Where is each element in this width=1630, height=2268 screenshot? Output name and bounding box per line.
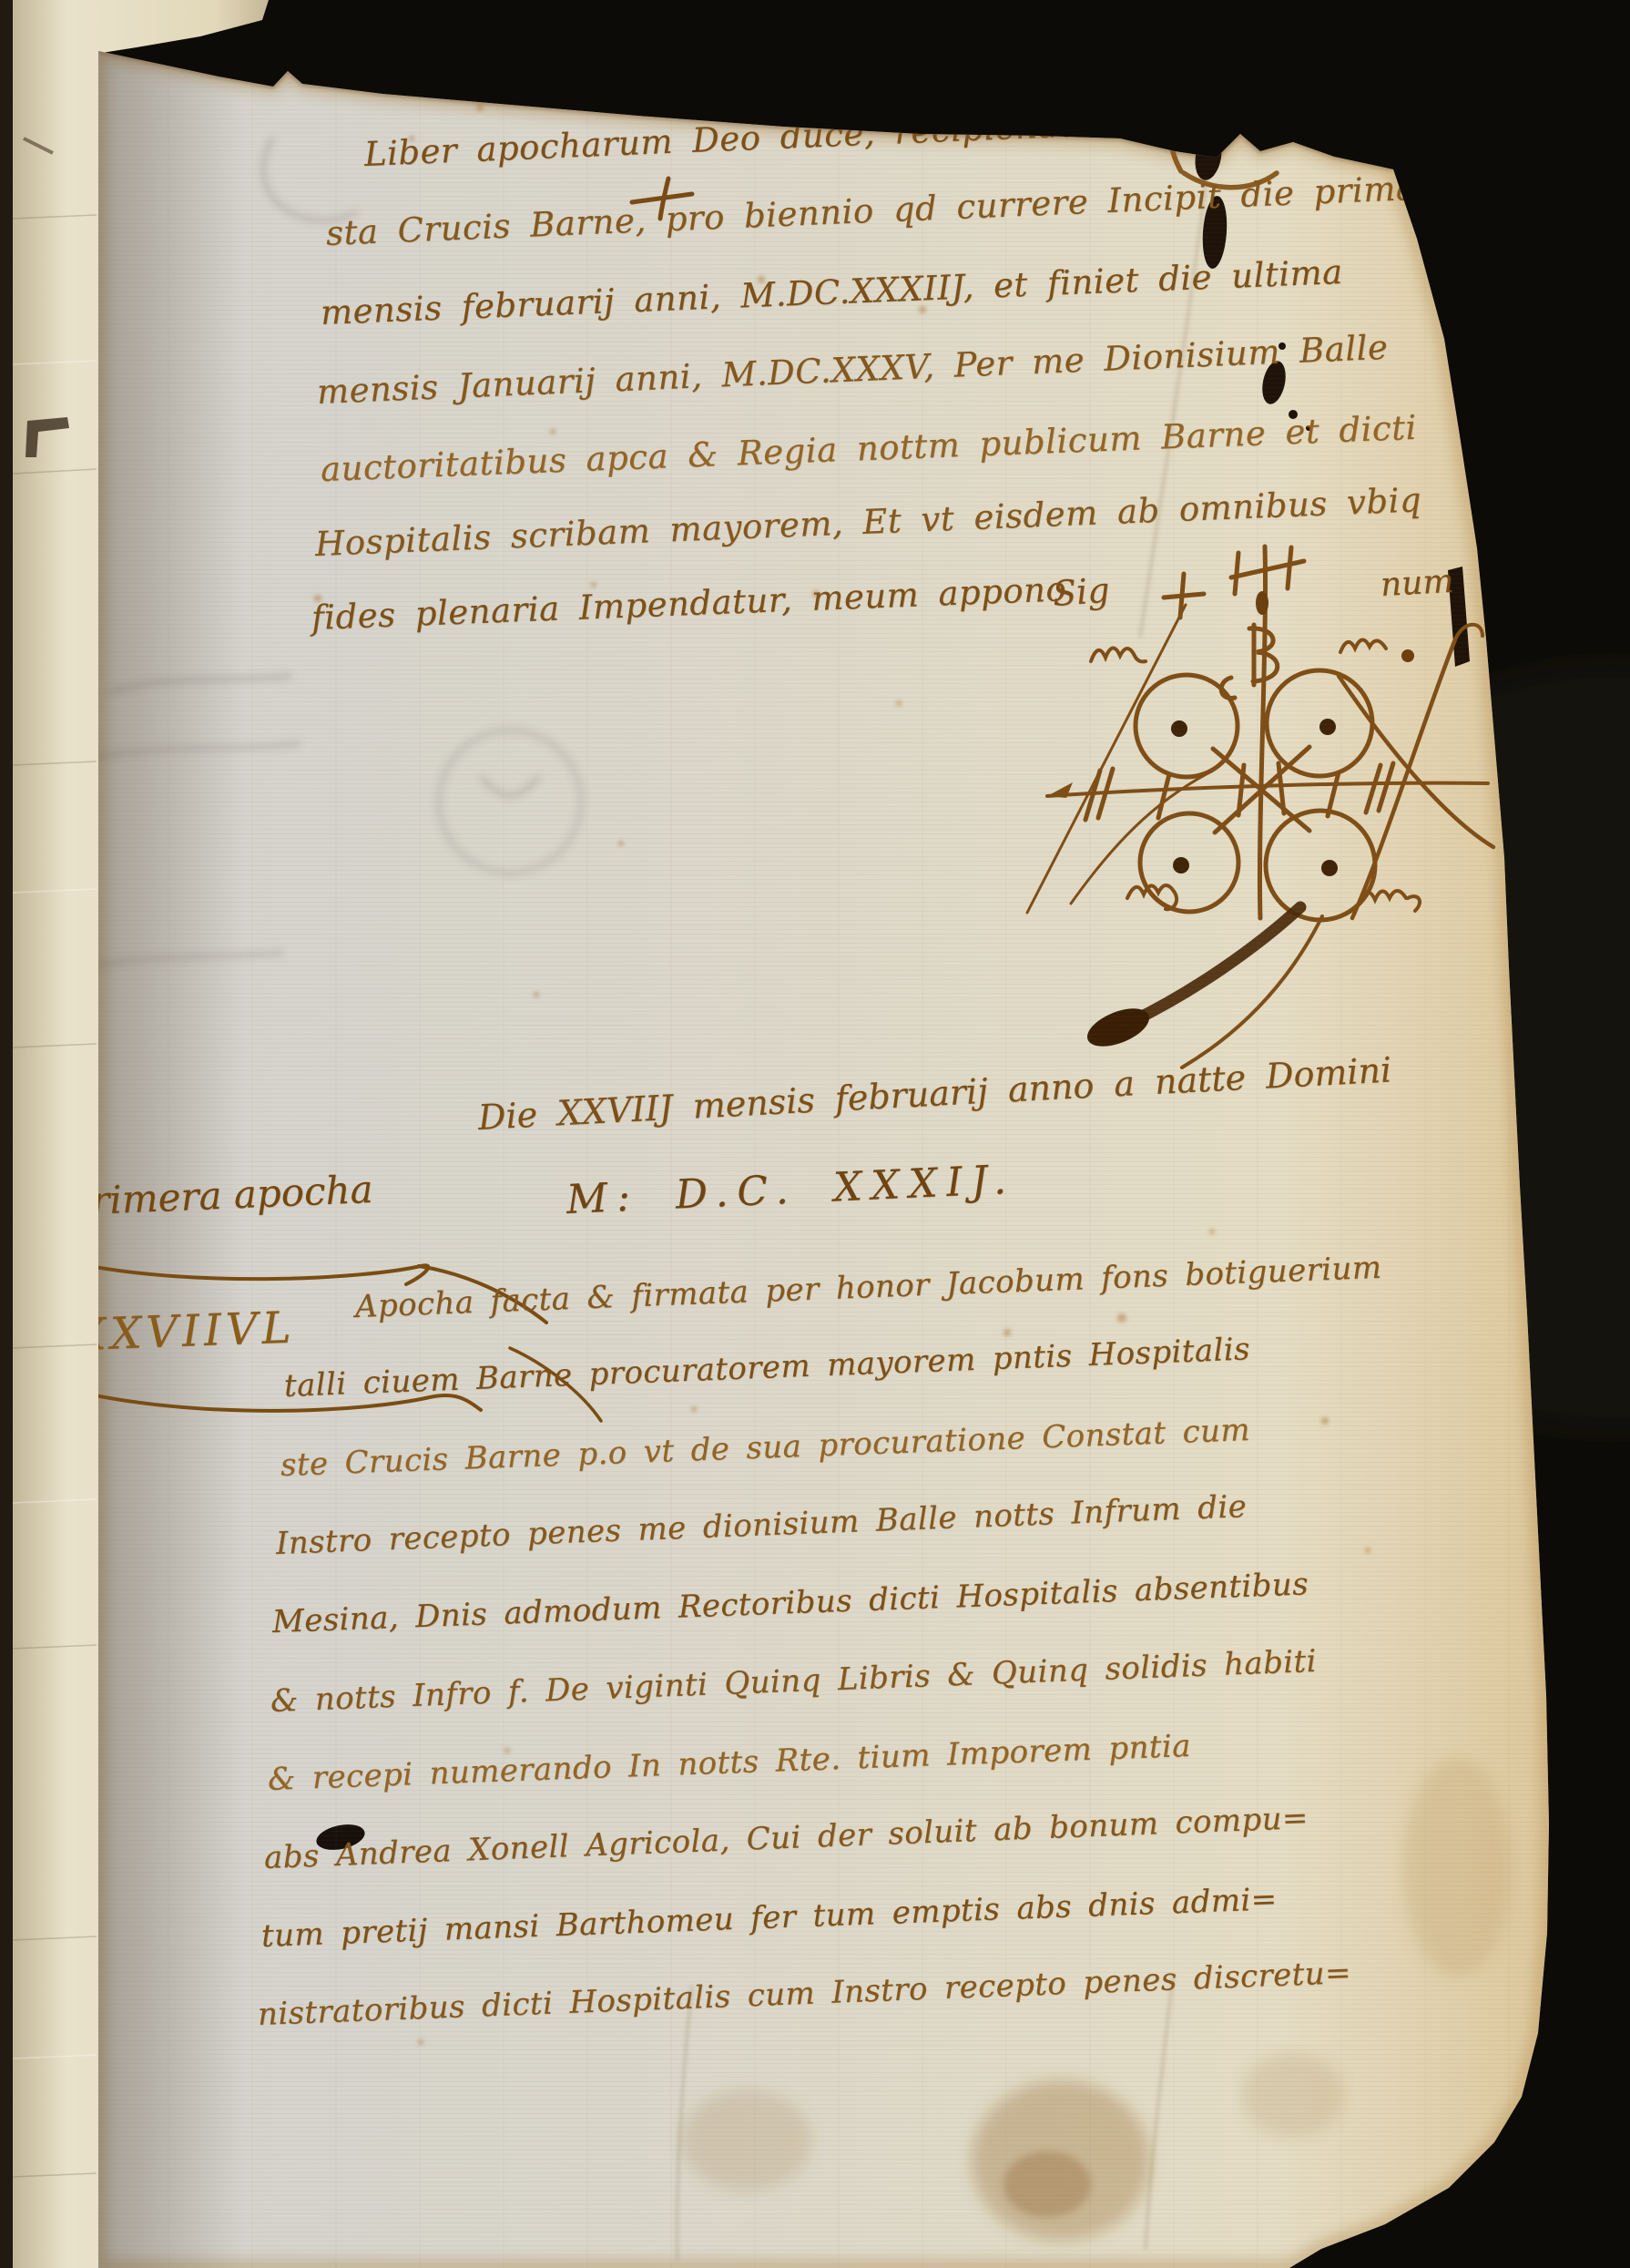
manuscript-line: Apocha facta & firmata per honor Jacobum…	[354, 1250, 1382, 1325]
date-line: M: D.C. XXXIJ.	[565, 1157, 1016, 1223]
manuscript-line: nistratoribus dicti Hospitalis cum Instr…	[257, 1955, 1351, 2033]
sign-suffix-label: num	[1380, 563, 1455, 604]
manuscript-photo: Liber apocharum Deo duce, recipiendarum …	[0, 0, 1630, 2268]
manuscript-line: Hospitalis scribam mayorem, Et vt eisdem…	[314, 480, 1422, 564]
handwriting-layer: Liber apocharum Deo duce, recipiendarum …	[0, 0, 1630, 2268]
manuscript-line: fides plenaria Impendatur, meum appono	[311, 569, 1067, 638]
manuscript-line: mensis Januarij anni, M.DC.XXXV, Per me …	[316, 328, 1389, 412]
manuscript-line: & notts Infro f. De viginti Quinq Libris…	[270, 1643, 1317, 1720]
date-line: Die XXVIIJ mensis februarij anno a natte…	[477, 1049, 1392, 1138]
manuscript-line: tum pretij mansi Barthomeu fer tum empti…	[260, 1881, 1278, 1955]
manuscript-line: sta Crucis Barne, pro biennio qd currere…	[325, 169, 1417, 253]
manuscript-line: Instro recepto penes me dionisium Balle …	[275, 1488, 1248, 1562]
manuscript-line: ste Crucis Barne p.o vt de sua procurati…	[280, 1412, 1250, 1484]
sign-prefix-label: Sig	[1051, 570, 1110, 614]
margin-amount: XXVIIVL	[74, 1303, 296, 1361]
manuscript-line: Mesina, Dnis admodum Rectoribus dicti Ho…	[271, 1566, 1309, 1640]
manuscript-line: mensis februarij anni, M.DC.XXXIIJ, et f…	[320, 252, 1343, 332]
manuscript-line: auctoritatibus apca & Regia nottm public…	[320, 408, 1417, 489]
manuscript-line: talli ciuem Barne procuratorem mayorem p…	[283, 1331, 1250, 1405]
margin-note: Primera apocha	[65, 1167, 374, 1224]
manuscript-line: & recepi numerando In notts Rte. tium Im…	[267, 1728, 1191, 1798]
manuscript-line: abs Andrea Xonell Agricola, Cui der solu…	[263, 1800, 1309, 1876]
